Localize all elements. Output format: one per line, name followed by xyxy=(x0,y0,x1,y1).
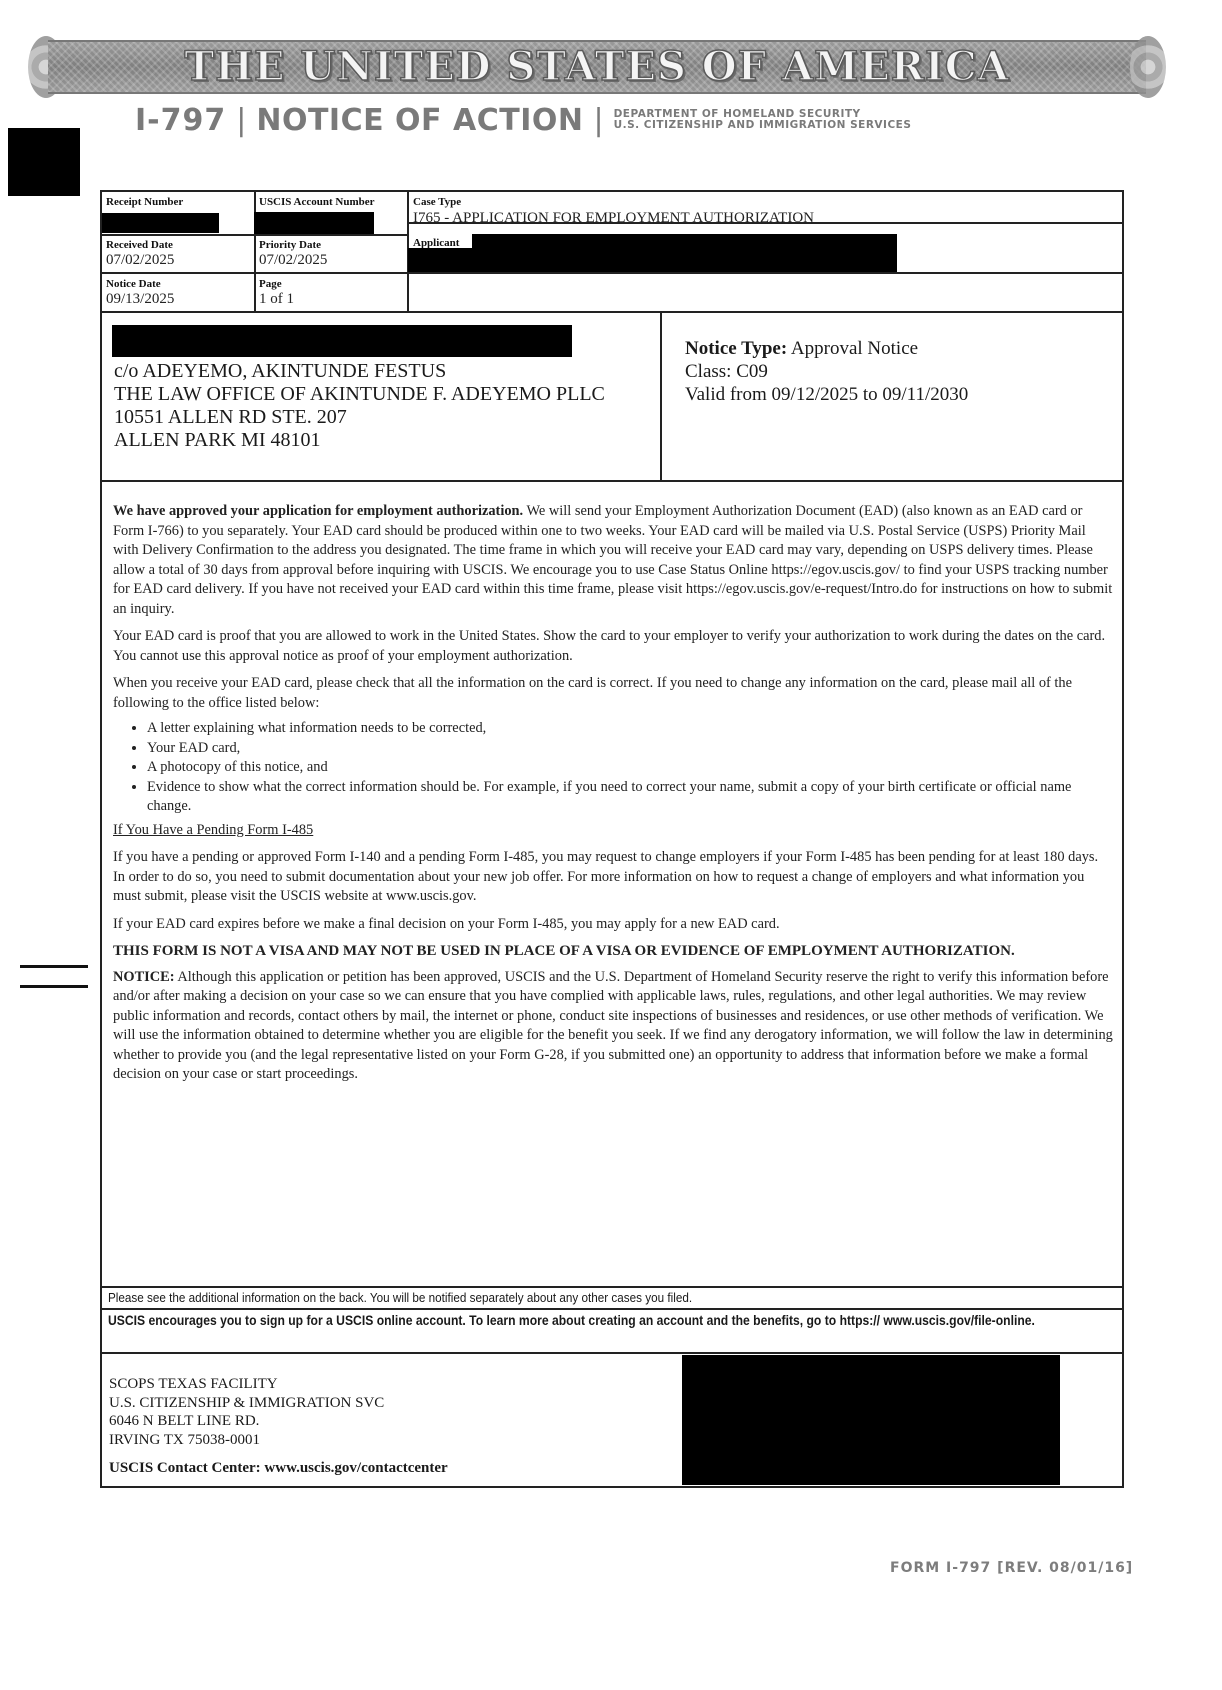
priority-date-label: Priority Date xyxy=(259,239,321,251)
list-item: Evidence to show what the correct inform… xyxy=(147,778,1113,817)
office-line: IRVING TX 75038-0001 xyxy=(109,1431,384,1450)
office-line: SCOPS TEXAS FACILITY xyxy=(109,1375,384,1394)
page-value: 1 of 1 xyxy=(259,291,294,308)
additional-info-note: Please see the additional information on… xyxy=(108,1290,692,1305)
notice-type-label: Notice Type: xyxy=(685,338,787,359)
form-revision: FORM I-797 [REV. 08/01/16] xyxy=(890,1560,1133,1576)
office-line: U.S. CITIZENSHIP & IMMIGRATION SVC xyxy=(109,1394,384,1413)
case-type-value: I765 - APPLICATION FOR EMPLOYMENT AUTHOR… xyxy=(413,210,814,227)
list-item: Your EAD card, xyxy=(147,739,1113,759)
correction-paragraph: When you receive your EAD card, please c… xyxy=(113,674,1113,713)
office-line: 6046 N BELT LINE RD. xyxy=(109,1412,384,1431)
page-title: NOTICE OF ACTION xyxy=(256,103,583,138)
received-date-value: 07/02/2025 xyxy=(106,252,174,269)
class-value: Class: C09 xyxy=(685,360,968,383)
contact-center: USCIS Contact Center: www.uscis.gov/cont… xyxy=(109,1460,448,1477)
receipt-number-label: Receipt Number xyxy=(106,196,183,208)
validity-period: Valid from 09/12/2025 to 09/11/2030 xyxy=(685,383,968,406)
correction-list: A letter explaining what information nee… xyxy=(113,719,1113,817)
received-date-label: Received Date xyxy=(106,239,173,251)
address-line: ALLEN PARK MI 48101 xyxy=(114,429,605,452)
applicant-redacted xyxy=(472,234,897,272)
office-address: SCOPS TEXAS FACILITY U.S. CITIZENSHIP & … xyxy=(109,1375,384,1449)
case-type-label: Case Type xyxy=(413,196,461,208)
notice-type-box: Notice Type: Approval Notice Class: C09 … xyxy=(685,337,968,406)
notice-type-value: Approval Notice xyxy=(791,338,918,359)
list-item: A letter explaining what information nee… xyxy=(147,719,1113,739)
banner: THE UNITED STATES OF AMERICA xyxy=(22,36,1172,98)
notice-form: Receipt Number USCIS Account Number Case… xyxy=(100,190,1124,1488)
account-number-label: USCIS Account Number xyxy=(259,196,375,208)
notice-body: We have approved your application for em… xyxy=(113,502,1113,1093)
verification-notice: NOTICE: Although this application or pet… xyxy=(113,968,1113,1085)
address-line: 10551 ALLEN RD STE. 207 xyxy=(114,406,605,429)
mailing-address: c/o ADEYEMO, AKINTUNDE FESTUS THE LAW OF… xyxy=(114,360,605,452)
list-item: A photocopy of this notice, and xyxy=(147,758,1113,778)
fold-mark xyxy=(20,985,88,988)
title-separator: | xyxy=(236,103,246,138)
online-account-note: USCIS encourages you to sign up for a US… xyxy=(108,1311,1098,1331)
agency-line: U.S. CITIZENSHIP AND IMMIGRATION SERVICE… xyxy=(614,120,912,131)
applicant-redacted xyxy=(408,248,478,272)
address-line: THE LAW OFFICE OF AKINTUNDE F. ADEYEMO P… xyxy=(114,383,605,406)
ead-proof-paragraph: Your EAD card is proof that you are allo… xyxy=(113,627,1113,666)
title-separator: | xyxy=(593,103,603,138)
form-number: I-797 xyxy=(135,103,226,138)
notice-date-value: 09/13/2025 xyxy=(106,291,174,308)
redaction-block xyxy=(8,128,80,196)
priority-date-value: 07/02/2025 xyxy=(259,252,327,269)
department: DEPARTMENT OF HOMELAND SECURITY U.S. CIT… xyxy=(614,109,912,131)
barcode-redacted xyxy=(682,1355,1060,1485)
pending-i485-paragraph: If you have a pending or approved Form I… xyxy=(113,848,1113,907)
approval-paragraph: We have approved your application for em… xyxy=(113,502,1113,619)
page-label: Page xyxy=(259,278,282,290)
banner-title: THE UNITED STATES OF AMERICA xyxy=(22,44,1172,90)
receipt-number-redacted xyxy=(102,213,219,233)
notice-date-label: Notice Date xyxy=(106,278,161,290)
account-number-redacted xyxy=(254,212,374,234)
pending-i485-heading: If You Have a Pending Form I-485 xyxy=(113,821,1113,841)
ead-expiry-paragraph: If your EAD card expires before we make … xyxy=(113,915,1113,935)
not-a-visa-warning: THIS FORM IS NOT A VISA AND MAY NOT BE U… xyxy=(113,942,1113,962)
recipient-name-redacted xyxy=(112,325,572,357)
address-line: c/o ADEYEMO, AKINTUNDE FESTUS xyxy=(114,360,605,383)
fold-mark xyxy=(20,965,88,968)
form-title-row: I-797 | NOTICE OF ACTION | DEPARTMENT OF… xyxy=(135,100,911,140)
